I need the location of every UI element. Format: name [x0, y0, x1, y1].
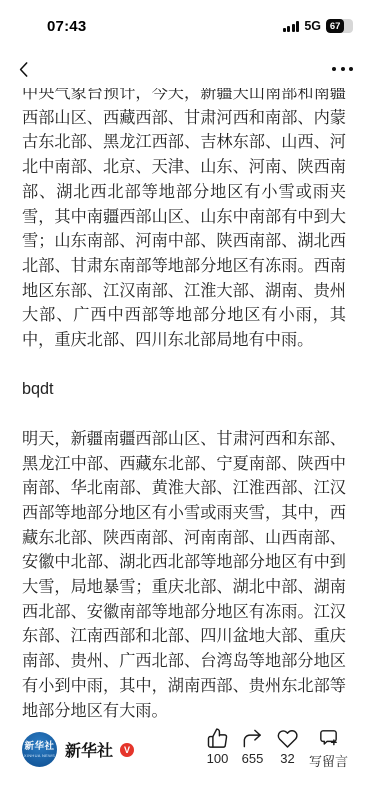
status-time: 07:43	[47, 18, 86, 35]
phone-screen: 中央气象台预计，今天，新疆天山南部和南疆西部山区、西藏西部、甘肃河西和南部、内蒙…	[0, 0, 368, 800]
header: 07:43 5G 67	[0, 0, 368, 88]
account-link[interactable]: 新华社 XINHUA NEWS 新华社 V	[22, 732, 134, 767]
comment-plus-icon	[317, 727, 340, 750]
favorite-count: 32	[280, 751, 294, 766]
heart-icon	[276, 727, 299, 750]
article-paragraph: 明天，新疆南疆西部山区、甘肃河西和东部、黑龙江中部、西藏东北部、宁夏南部、陕西中…	[22, 427, 346, 722]
cellular-signal-icon	[283, 21, 300, 32]
action-bar: 100 655 32	[204, 727, 348, 770]
article-body: 中央气象台预计，今天，新疆天山南部和南疆西部山区、西藏西部、甘肃河西和南部、内蒙…	[22, 81, 346, 722]
article-paragraph: 中央气象台预计，今天，新疆天山南部和南疆西部山区、西藏西部、甘肃河西和南部、内蒙…	[22, 81, 346, 353]
chevron-left-icon	[14, 59, 35, 80]
back-button[interactable]	[12, 57, 36, 81]
verified-badge-icon: V	[120, 743, 134, 757]
avatar-subtext: XINHUA NEWS	[24, 753, 55, 758]
account-avatar: 新华社 XINHUA NEWS	[22, 732, 57, 767]
like-button[interactable]: 100	[204, 727, 231, 770]
write-comment-label: 写留言	[309, 751, 348, 770]
account-name: 新华社	[65, 738, 113, 761]
article-footer: 新华社 XINHUA NEWS 新华社 V 100 655	[0, 720, 368, 800]
write-comment-button[interactable]: 写留言	[309, 727, 348, 770]
more-menu-button[interactable]	[332, 61, 353, 77]
share-arrow-icon	[241, 727, 264, 750]
battery-percent: 67	[326, 19, 344, 33]
favorite-button[interactable]: 32	[274, 727, 301, 770]
share-count: 655	[242, 751, 264, 766]
ellipsis-icon	[332, 67, 336, 71]
article-paragraph: bqdt	[22, 377, 346, 402]
network-type-label: 5G	[304, 19, 321, 33]
battery-icon: 67	[326, 19, 353, 33]
status-bar: 07:43 5G 67	[0, 15, 368, 37]
share-button[interactable]: 655	[239, 727, 266, 770]
thumbs-up-icon	[206, 727, 229, 750]
nav-bar	[0, 52, 368, 86]
avatar-text: 新华社	[24, 742, 54, 752]
status-indicators: 5G 67	[283, 19, 353, 33]
like-count: 100	[207, 751, 229, 766]
